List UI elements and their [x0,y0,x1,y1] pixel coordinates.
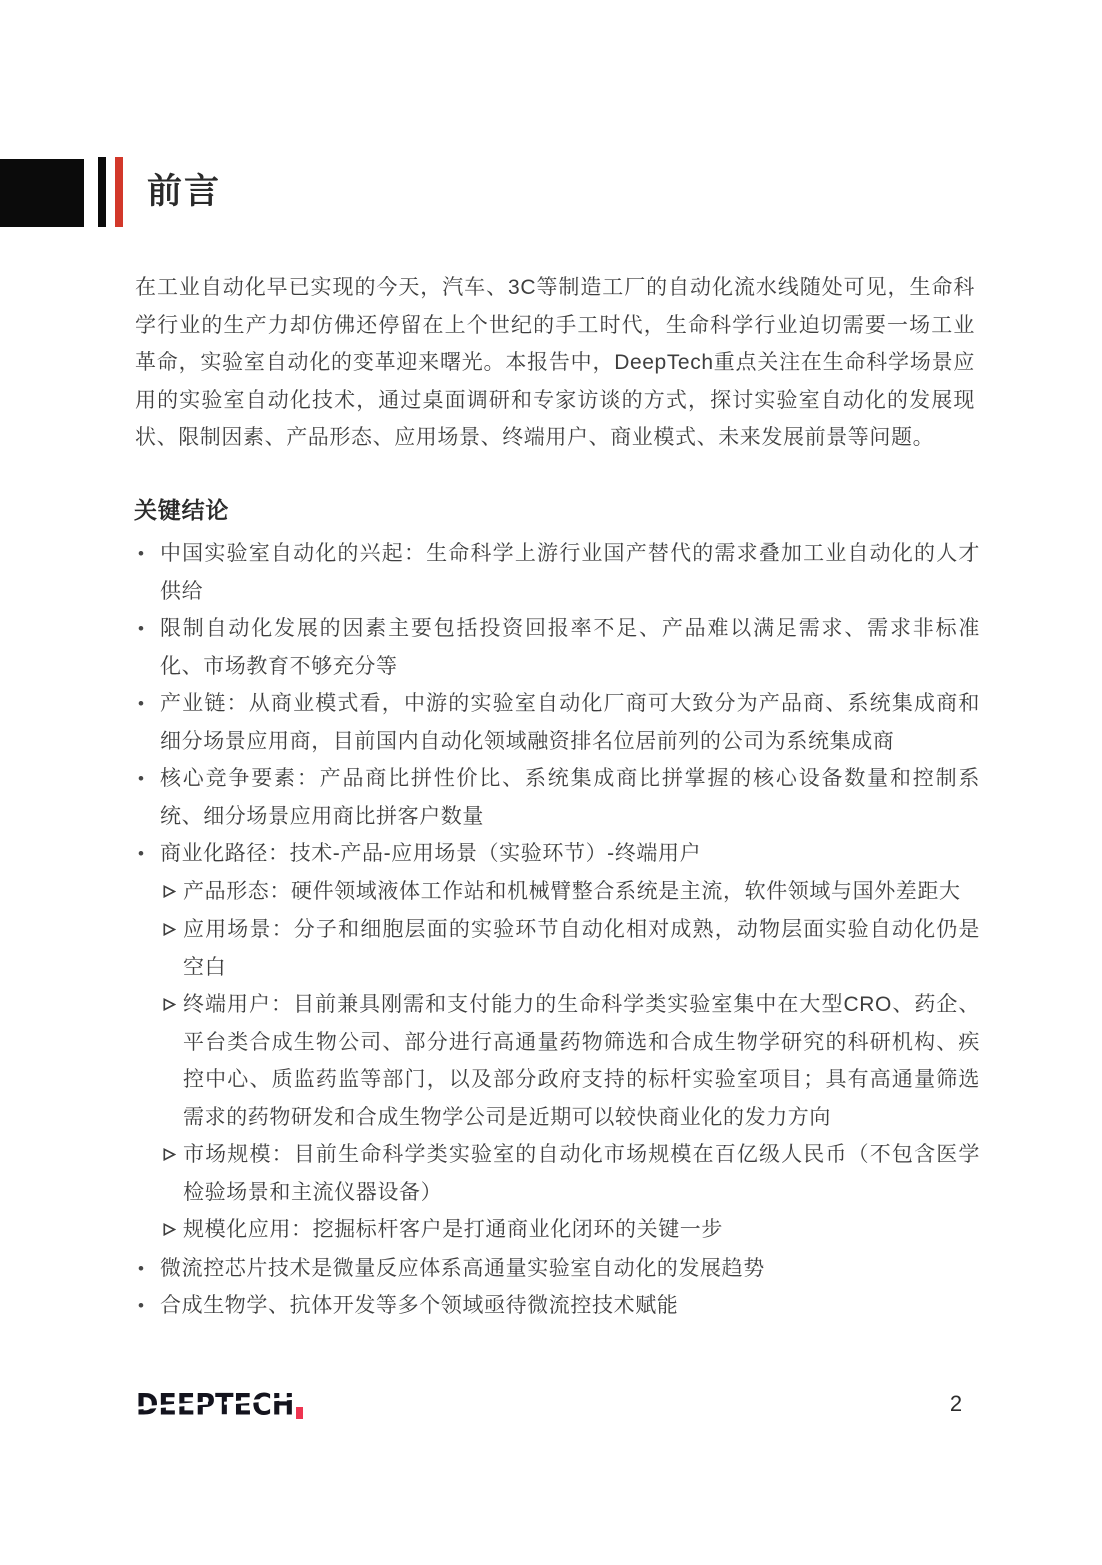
bullet-icon: • [135,1250,160,1288]
deeptech-logo: DEEPTECH [136,1389,312,1421]
arrowhead-right-icon [163,1211,183,1250]
bullet-icon: • [135,1287,160,1325]
list-item: •产业链：从商业模式看，中游的实验室自动化厂商可大致分为产品商、系统集成商和细分… [135,685,980,760]
logo-red-accent [296,1407,303,1419]
list-item-text: 微流控芯片技术是微量反应体系高通量实验室自动化的发展趋势 [160,1250,980,1288]
list-item: 产品形态：硬件领域液体工作站和机械臂整合系统是主流，软件领域与国外差距大 [163,873,980,912]
bullet-icon: • [135,610,160,648]
list-item: •微流控芯片技术是微量反应体系高通量实验室自动化的发展趋势 [135,1250,980,1288]
list-item: •中国实验室自动化的兴起：生命科学上游行业国产替代的需求叠加工业自动化的人才供给 [135,535,980,610]
list-item: •商业化路径：技术-产品-应用场景（实验环节）-终端用户 [135,835,980,873]
list-item: 市场规模：目前生命科学类实验室的自动化市场规模在百亿级人民币（不包含医学检验场景… [163,1136,980,1211]
list-item: 终端用户：目前兼具刚需和支付能力的生命科学类实验室集中在大型CRO、药企、平台类… [163,986,980,1136]
arrowhead-right-icon [163,986,183,1025]
arrowhead-right-icon [163,1136,183,1175]
header-accent-block [0,159,84,227]
list-item-text: 商业化路径：技术-产品-应用场景（实验环节）-终端用户 [160,835,980,873]
bullet-icon: • [135,685,160,723]
header-bar-black [98,157,106,227]
header-bar-red [115,157,123,227]
list-item-text: 核心竞争要素：产品商比拼性价比、系统集成商比拼掌握的核心设备数量和控制系统、细分… [160,760,980,835]
list-item: •核心竞争要素：产品商比拼性价比、系统集成商比拼掌握的核心设备数量和控制系统、细… [135,760,980,835]
list-item-text: 限制自动化发展的因素主要包括投资回报率不足、产品难以满足需求、需求非标准化、市场… [160,610,980,685]
bullet-icon: • [135,835,160,873]
deeptech-logo-text: DEEPTECH [136,1389,294,1422]
list-item-text: 产品形态：硬件领域液体工作站和机械臂整合系统是主流，软件领域与国外差距大 [183,873,980,911]
list-item-text: 应用场景：分子和细胞层面的实验环节自动化相对成熟，动物层面实验自动化仍是空白 [183,911,980,986]
list-item: •限制自动化发展的因素主要包括投资回报率不足、产品难以满足需求、需求非标准化、市… [135,610,980,685]
list-item-text: 规模化应用：挖掘标杆客户是打通商业化闭环的关键一步 [183,1211,980,1249]
list-item: 规模化应用：挖掘标杆客户是打通商业化闭环的关键一步 [163,1211,980,1250]
list-item: •合成生物学、抗体开发等多个领域亟待微流控技术赋能 [135,1287,980,1325]
section-heading: 关键结论 [134,495,229,525]
page-root: { "document": { "title": "前言", "intro_pa… [0,0,1102,1565]
list-item-text: 市场规模：目前生命科学类实验室的自动化市场规模在百亿级人民币（不包含医学检验场景… [183,1136,980,1211]
bullet-icon: • [135,760,160,798]
list-item: 应用场景：分子和细胞层面的实验环节自动化相对成熟，动物层面实验自动化仍是空白 [163,911,980,986]
page-title: 前言 [147,172,221,212]
arrowhead-right-icon [163,873,183,912]
arrowhead-right-icon [163,911,183,950]
conclusions-list: •中国实验室自动化的兴起：生命科学上游行业国产替代的需求叠加工业自动化的人才供给… [135,535,980,1325]
list-item-text: 终端用户：目前兼具刚需和支付能力的生命科学类实验室集中在大型CRO、药企、平台类… [183,986,980,1136]
list-item-text: 产业链：从商业模式看，中游的实验室自动化厂商可大致分为产品商、系统集成商和细分场… [160,685,980,760]
list-item-text: 合成生物学、抗体开发等多个领域亟待微流控技术赋能 [160,1287,980,1325]
page-number: 2 [941,1391,971,1417]
intro-paragraph: 在工业自动化早已实现的今天，汽车、3C等制造工厂的自动化流水线随处可见，生命科学… [135,269,975,457]
bullet-icon: • [135,535,160,573]
list-item-text: 中国实验室自动化的兴起：生命科学上游行业国产替代的需求叠加工业自动化的人才供给 [160,535,980,610]
